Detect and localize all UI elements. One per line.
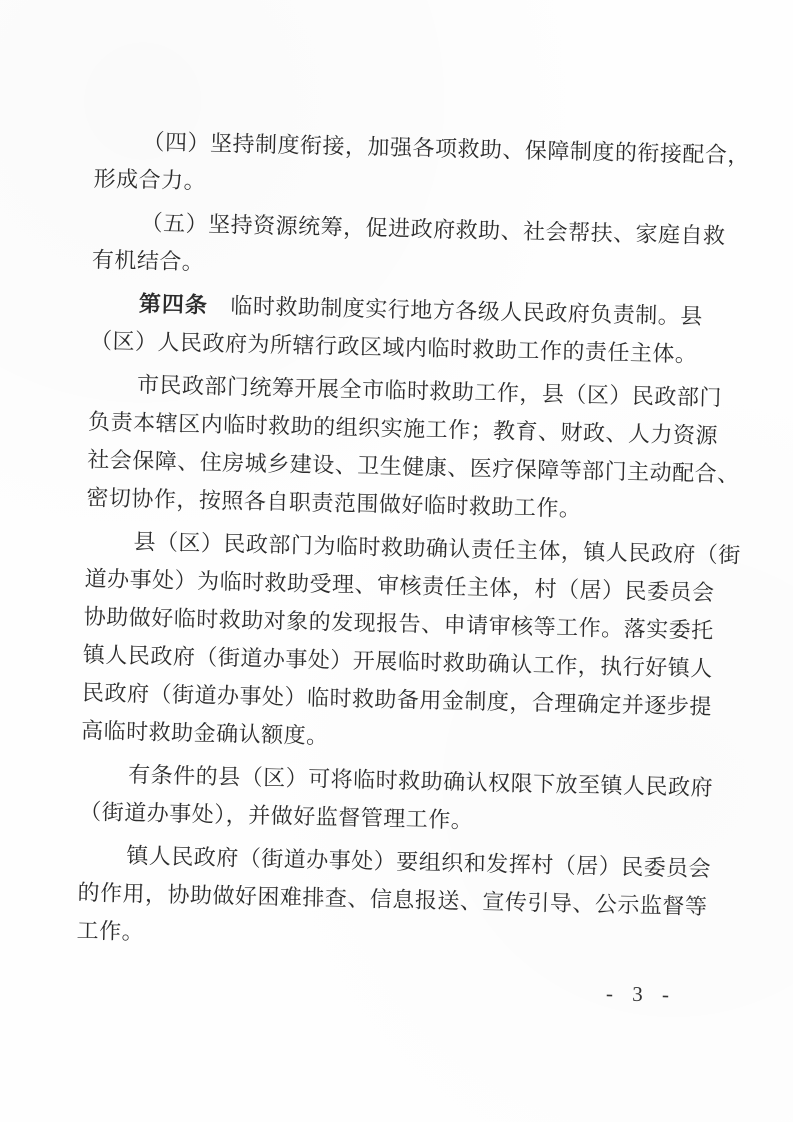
document-body: （四）坚持制度衔接，加强各项救助、保障制度的衔接配合， 形成合力。 （五）坚持资… [76,122,735,969]
paragraph-town-government: 镇人民政府（街道办事处）要组织和发挥村（居）民委员会 的作用，协助做好困难排查、… [76,836,718,964]
article-text: 临时救助制度实行地方各级人民政府负责制。县 [208,293,703,329]
document-page: （四）坚持制度衔接，加强各项救助、保障制度的衔接配合， 形成合力。 （五）坚持资… [0,0,793,1122]
article-number: 第四条 [139,291,209,318]
paragraph-clause-5: （五）坚持资源统筹，促进政府救助、社会帮扶、家庭自救 有机结合。 [91,203,733,294]
paragraph-city-civil-affairs: 市民政部门统筹开展全市临时救助工作，县（区）民政部门 负责本辖区内临时救助的组织… [86,365,729,531]
paragraph-clause-4: （四）坚持制度衔接，加强各项救助、保障制度的衔接配合， 形成合力。 [93,122,735,213]
paragraph-article-4: 第四条 临时救助制度实行地方各级人民政府负责制。县 （区）人民政府为所辖行政区域… [90,284,732,375]
paragraph-county-responsibility: 县（区）民政部门为临时救助确认责任主体，镇人民政府（街 道办事处）为临时救助受理… [81,522,726,764]
paragraph-delegation: 有条件的县（区）可将临时救助确认权限下放至镇人民政府 （街道办事处），并做好监督… [79,755,721,846]
page-number: - 3 - [606,981,676,1007]
